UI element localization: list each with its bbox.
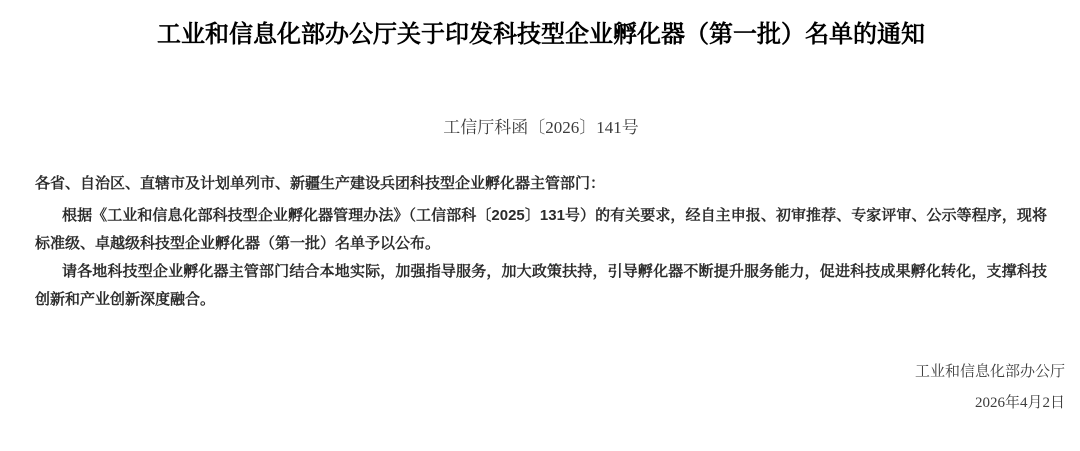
document-title: 工业和信息化部办公厅关于印发科技型企业孵化器（第一批）名单的通知 bbox=[35, 20, 1047, 50]
document-body: 各省、自治区、直辖市及计划单列市、新疆生产建设兵团科技型企业孵化器主管部门： 根… bbox=[35, 170, 1047, 314]
issuing-authority: 工业和信息化部办公厅 bbox=[35, 363, 1065, 381]
signature-block: 工业和信息化部办公厅 2026年4月2日 bbox=[35, 363, 1065, 412]
body-paragraph-1: 根据《工业和信息化部科技型企业孵化器管理办法》（工信部科〔2025〕131号）的… bbox=[35, 202, 1047, 258]
salutation-line: 各省、自治区、直辖市及计划单列市、新疆生产建设兵团科技型企业孵化器主管部门： bbox=[35, 170, 1047, 198]
body-paragraph-2: 请各地科技型企业孵化器主管部门结合本地实际，加强指导服务，加大政策扶持，引导孵化… bbox=[35, 258, 1047, 314]
issue-date: 2026年4月2日 bbox=[35, 394, 1065, 412]
document-number: 工信厅科函〔2026〕141号 bbox=[35, 119, 1047, 137]
notice-document: 工业和信息化部办公厅关于印发科技型企业孵化器（第一批）名单的通知 工信厅科函〔2… bbox=[0, 0, 1080, 451]
